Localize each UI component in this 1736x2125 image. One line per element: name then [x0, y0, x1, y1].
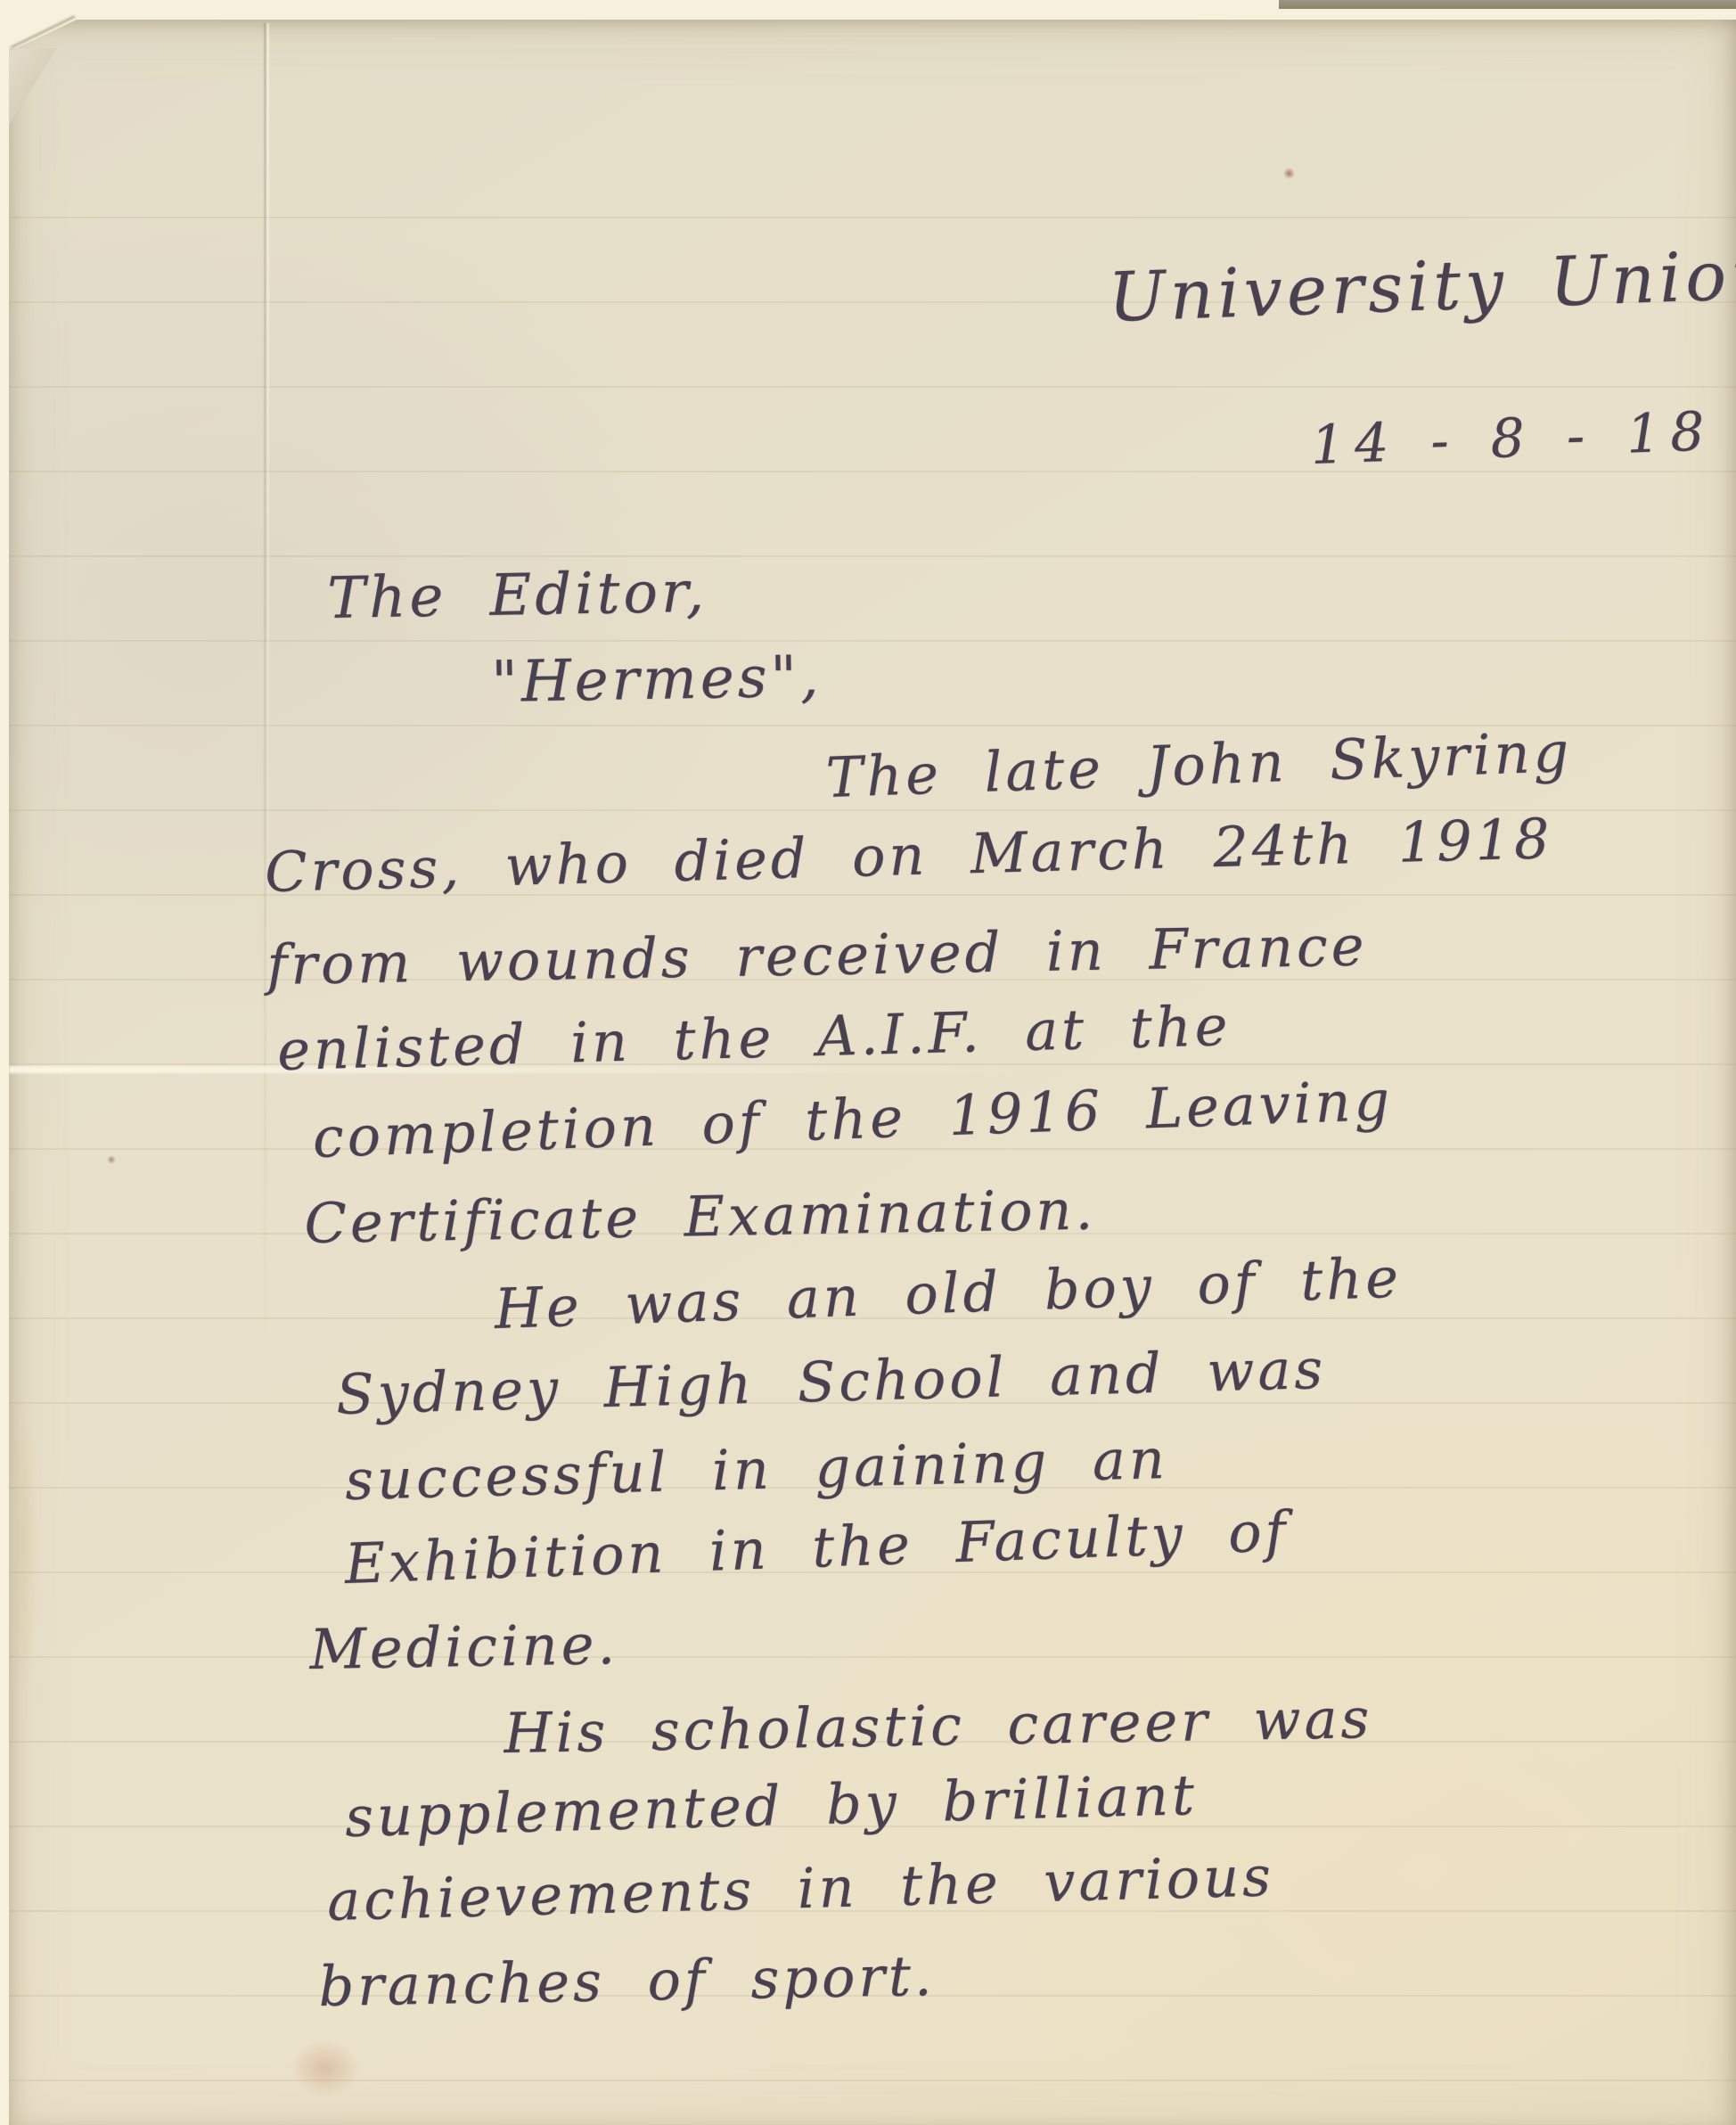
letter-line: branches of sport.: [318, 1949, 936, 2014]
letter-place-line: University Union: [1107, 241, 1736, 332]
letter-date-line: 14 - 8 - 18: [1310, 405, 1716, 472]
stain-dot: [291, 2039, 360, 2096]
scanner-edge-strip: [1279, 0, 1736, 9]
letter-salutation-line: "Hermes",: [491, 649, 823, 711]
stain-dot: [107, 1155, 116, 1164]
letter-line: Certificate Examination.: [304, 1182, 1097, 1251]
folded-corner-cutout: [9, 20, 77, 52]
scanned-letter-page: University Union 14 - 8 - 18 The Editor,…: [0, 0, 1736, 2125]
vertical-crease-highlight: [266, 23, 269, 1182]
letter-salutation-line: The Editor,: [327, 564, 708, 628]
stain-dot: [11, 1391, 37, 1694]
letter-line: His scholastic career was: [504, 1691, 1373, 1761]
letter-line: Medicine.: [309, 1617, 619, 1678]
stain-dot: [1283, 168, 1295, 179]
folded-corner-flap: [9, 48, 57, 125]
